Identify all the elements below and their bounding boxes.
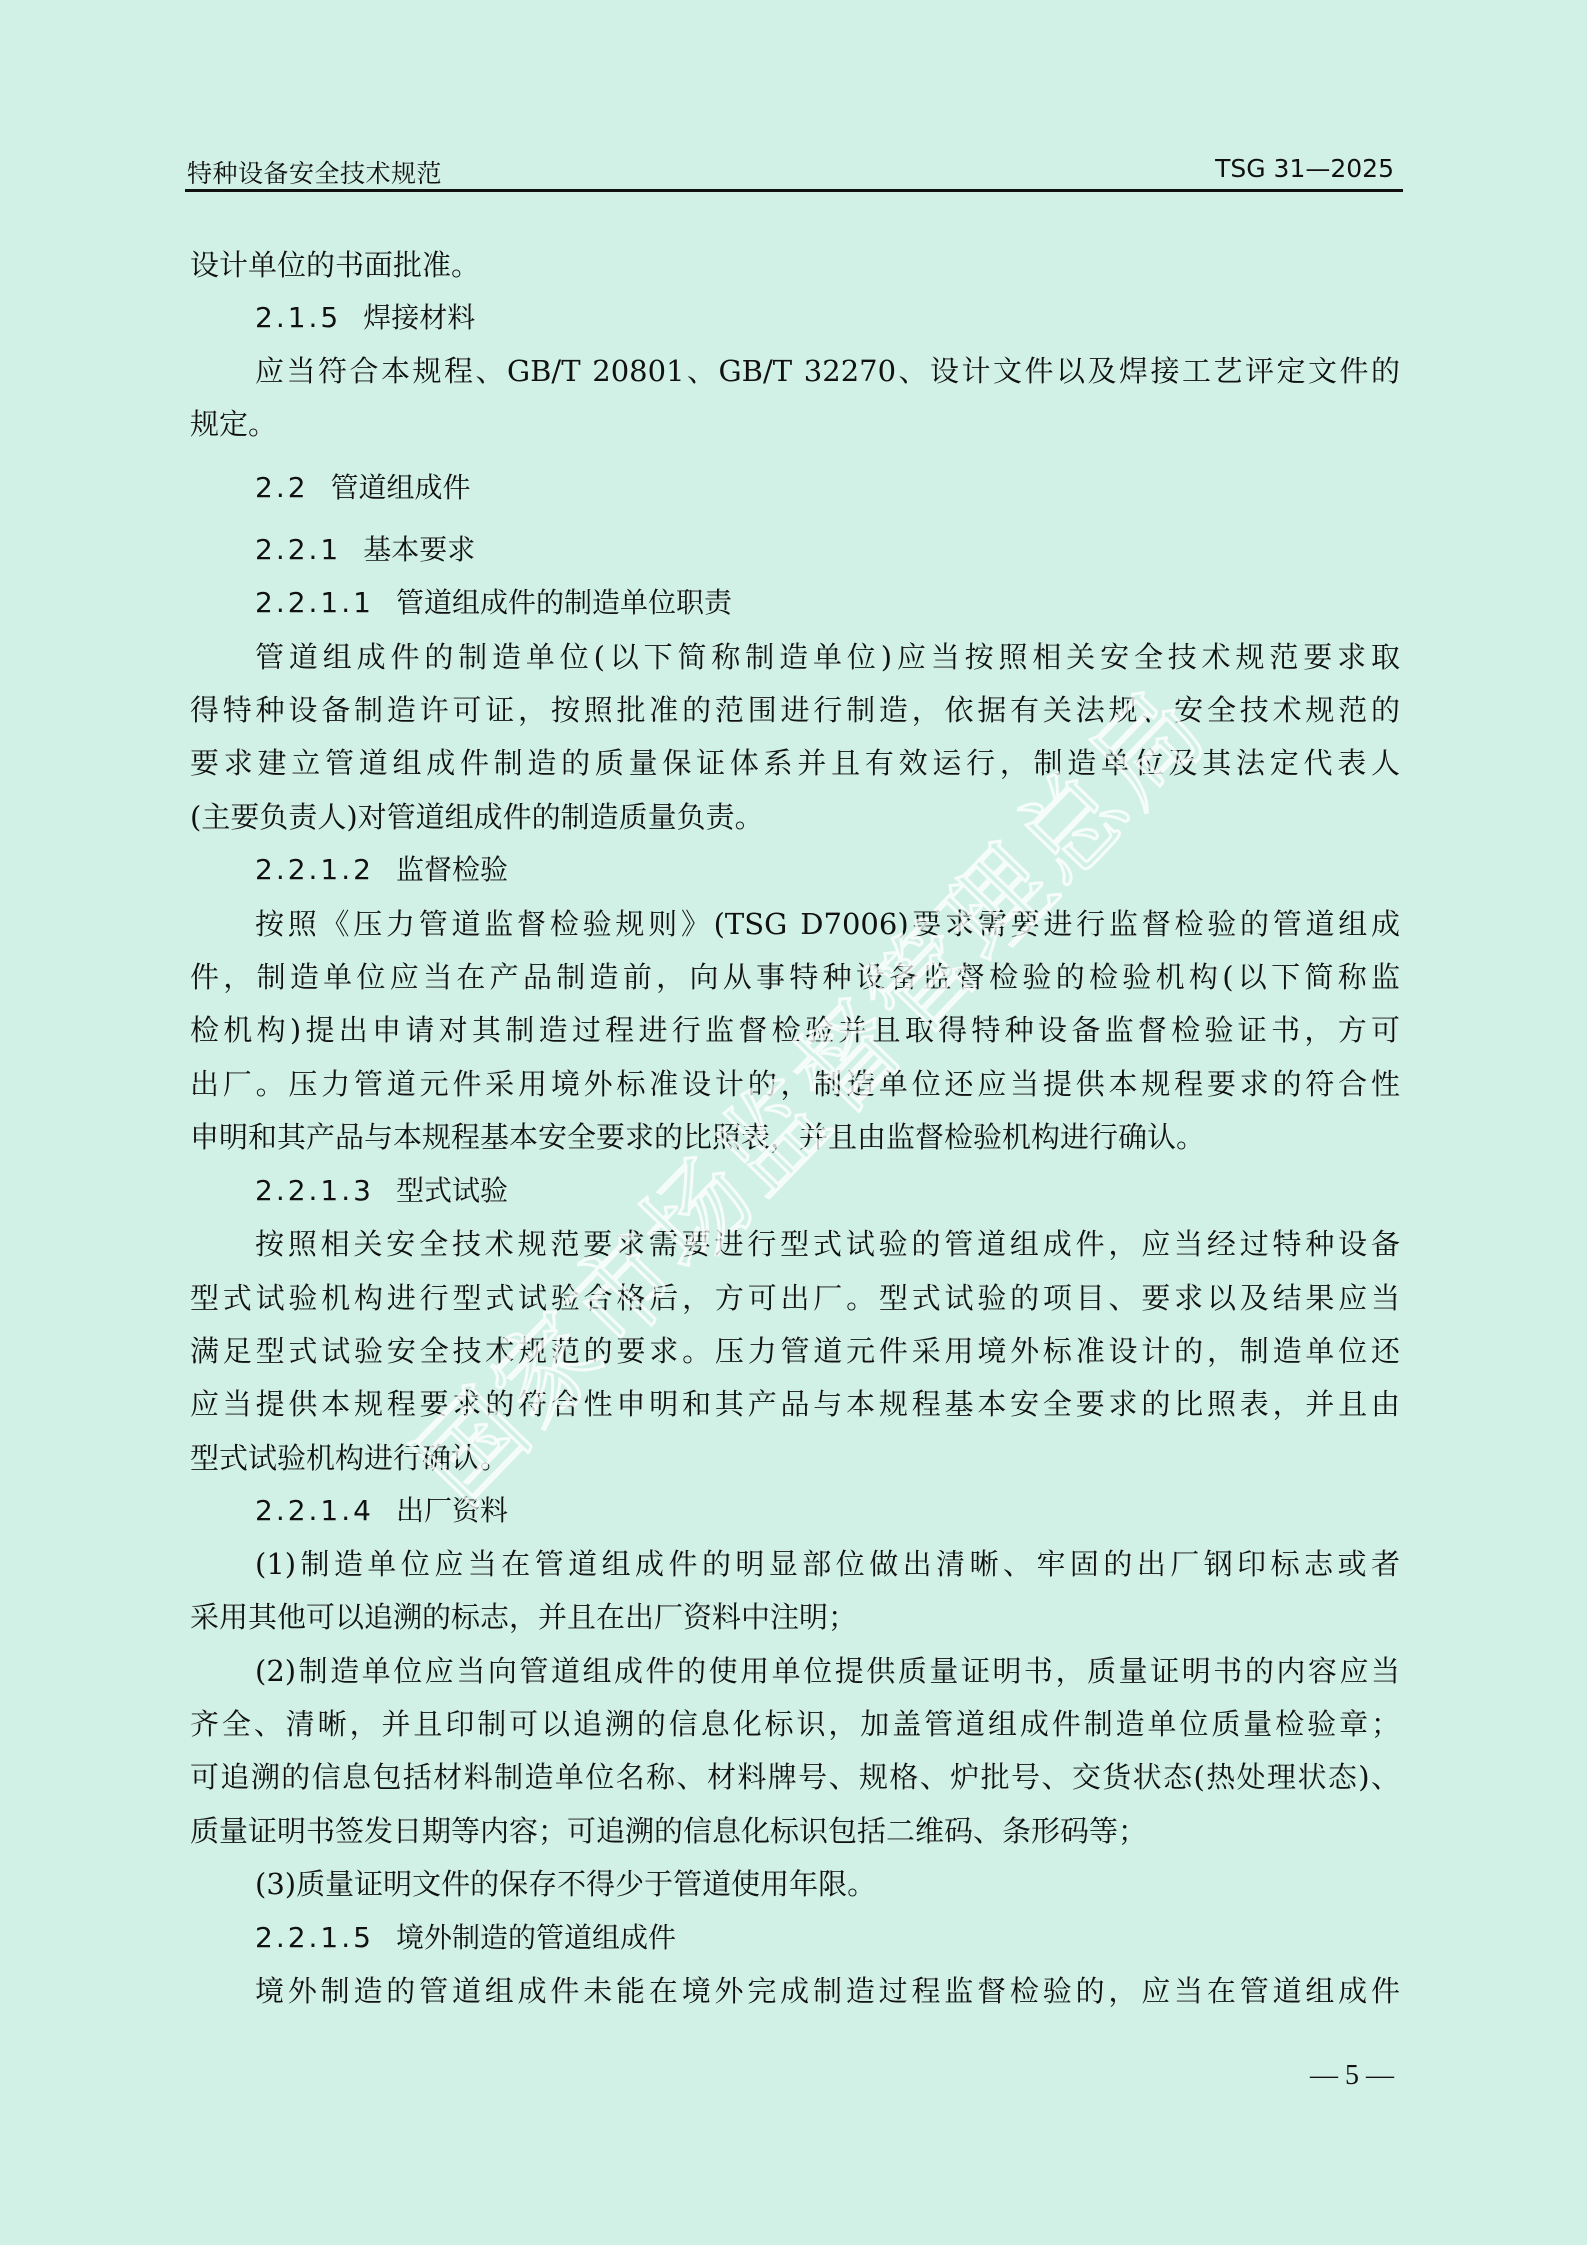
section-title: 管道组成件 (331, 471, 471, 504)
section-number: 2.2.1.1 (255, 586, 374, 619)
header-title: 特种设备安全技术规范 (187, 154, 442, 190)
paragraph-line: 检机构)提出申请对其制造过程进行监督检验并且取得特种设备监督检验证书，方可 (190, 1010, 1400, 1050)
header-rule (185, 189, 1403, 192)
section-number: 2.2 (255, 471, 309, 504)
paragraph-line: 申明和其产品与本规程基本安全要求的比照表，并且由监督检验机构进行确认。 (190, 1117, 1400, 1157)
section-number: 2.2.1 (255, 533, 341, 566)
paragraph-line: 可追溯的信息包括材料制造单位名称、材料牌号、规格、炉批号、交货状态(热处理状态)… (190, 1757, 1400, 1797)
paragraph-line: 满足型式试验安全技术规范的要求。压力管道元件采用境外标准设计的，制造单位还 (190, 1331, 1400, 1371)
paragraph-line: (主要负责人)对管道组成件的制造质量负责。 (190, 797, 1400, 837)
paragraph-line: 应当符合本规程、GB/T 20801、GB/T 32270、设计文件以及焊接工艺… (255, 351, 1400, 391)
section-number: 2.2.1.5 (255, 1921, 374, 1954)
paragraph-line: 质量证明书签发日期等内容；可追溯的信息化标识包括二维码、条形码等； (190, 1811, 1400, 1851)
section-title: 管道组成件的制造单位职责 (396, 586, 732, 619)
paragraph-line: 设计单位的书面批准。 (190, 245, 1400, 285)
paragraph-line: (2)制造单位应当向管道组成件的使用单位提供质量证明书，质量证明书的内容应当 (255, 1651, 1400, 1691)
section-number: 2.1.5 (255, 301, 341, 334)
section-number: 2.2.1.4 (255, 1494, 374, 1527)
section-title: 境外制造的管道组成件 (396, 1921, 676, 1954)
paragraph-line: 境外制造的管道组成件未能在境外完成制造过程监督检验的，应当在管道组成件 (255, 1971, 1400, 2011)
section-heading: 2.1.5焊接材料 (255, 298, 1400, 338)
paragraph-line: 按照相关安全技术规范要求需要进行型式试验的管道组成件，应当经过特种设备 (255, 1224, 1400, 1264)
section-title: 监督检验 (396, 853, 508, 886)
paragraph-line: (1)制造单位应当在管道组成件的明显部位做出清晰、牢固的出厂钢印标志或者 (255, 1544, 1400, 1584)
section-heading: 2.2.1.5境外制造的管道组成件 (255, 1918, 1400, 1958)
section-number: 2.2.1.2 (255, 853, 374, 886)
paragraph-line: 应当提供本规程要求的符合性申明和其产品与本规程基本安全要求的比照表，并且由 (190, 1384, 1400, 1424)
paragraph-line: 件，制造单位应当在产品制造前，向从事特种设备监督检验的检验机构(以下简称监 (190, 957, 1400, 997)
section-number: 2.2.1.3 (255, 1174, 374, 1207)
paragraph-line: (3)质量证明文件的保存不得少于管道使用年限。 (255, 1864, 1400, 1904)
section-heading: 2.2.1.4出厂资料 (255, 1491, 1400, 1531)
paragraph-line: 要求建立管道组成件制造的质量保证体系并且有效运行，制造单位及其法定代表人 (190, 743, 1400, 783)
paragraph-line: 规定。 (190, 404, 1400, 444)
section-heading: 2.2.1基本要求 (255, 530, 1400, 570)
paragraph-line: 型式试验机构进行确认。 (190, 1438, 1400, 1478)
page-number: — 5 — (1310, 2060, 1394, 2092)
paragraph-line: 出厂。压力管道元件采用境外标准设计的，制造单位还应当提供本规程要求的符合性 (190, 1064, 1400, 1104)
section-title: 型式试验 (396, 1174, 508, 1207)
section-title: 基本要求 (363, 533, 475, 566)
section-heading: 2.2.1.1管道组成件的制造单位职责 (255, 583, 1400, 623)
paragraph-line: 型式试验机构进行型式试验合格后，方可出厂。型式试验的项目、要求以及结果应当 (190, 1278, 1400, 1318)
section-title: 出厂资料 (396, 1494, 508, 1527)
running-header: 特种设备安全技术规范 TSG 31—2025 (187, 150, 1402, 190)
header-standard-code: TSG 31—2025 (1215, 154, 1394, 183)
section-title: 焊接材料 (363, 301, 475, 334)
section-heading: 2.2.1.2监督检验 (255, 850, 1400, 890)
paragraph-line: 得特种设备制造许可证，按照批准的范围进行制造，依据有关法规、安全技术规范的 (190, 690, 1400, 730)
section-heading: 2.2管道组成件 (255, 468, 1400, 508)
paragraph-line: 按照《压力管道监督检验规则》(TSG D7006)要求需要进行监督检验的管道组成 (255, 904, 1400, 944)
paragraph-line: 管道组成件的制造单位(以下简称制造单位)应当按照相关安全技术规范要求取 (255, 637, 1400, 677)
section-heading: 2.2.1.3型式试验 (255, 1171, 1400, 1211)
paragraph-line: 采用其他可以追溯的标志，并且在出厂资料中注明； (190, 1597, 1400, 1637)
document-page: 特种设备安全技术规范 TSG 31—2025 设计单位的书面批准。2.1.5焊接… (0, 0, 1587, 2245)
paragraph-line: 齐全、清晰，并且印制可以追溯的信息化标识，加盖管道组成件制造单位质量检验章； (190, 1704, 1400, 1744)
